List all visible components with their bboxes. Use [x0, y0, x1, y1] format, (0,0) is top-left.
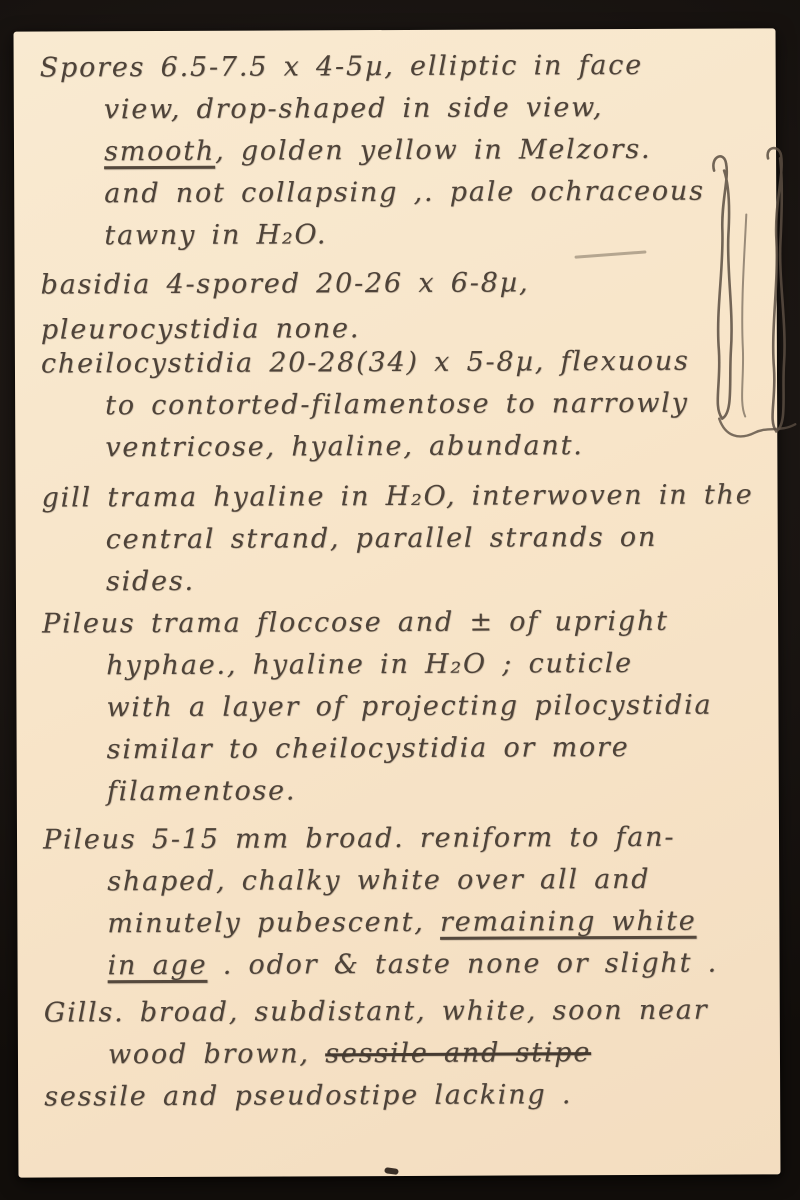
note-segment: gill trama hyaline in H₂O, interwoven in… [41, 479, 753, 513]
note-segment: tawny in H₂O. [104, 219, 327, 251]
note-paragraph: Pileus trama floccose and ± of uprighthy… [42, 600, 769, 813]
note-line: minutely pubescent, remaining white [43, 900, 769, 945]
note-line: cheilocystidia 20-28(34) x 5-8µ, flexuou… [41, 340, 767, 385]
note-line: tawny in H₂O. [40, 212, 766, 257]
note-line: filamentose. [43, 768, 769, 813]
note-line: ventricose, hyaline, abundant. [41, 424, 767, 469]
note-line: Pileus 5-15 mm broad. reniform to fan- [43, 816, 769, 861]
note-segment: cheilocystidia 20-28(34) x 5-8µ, flexuou… [41, 346, 690, 380]
note-line: with a layer of projecting pilocystidia [42, 684, 768, 729]
note-segment: to contorted-filamentose to narrowly [105, 388, 689, 422]
note-line: in age . odor & taste none or slight . [43, 942, 769, 987]
note-segment: Gills. broad, subdistant, white, soon ne… [44, 995, 709, 1029]
note-segment: Pileus trama floccose and ± of upright [42, 606, 669, 640]
note-segment: . odor & taste none or slight . [207, 948, 718, 981]
note-segment: view, drop-shaped in side view, [104, 92, 604, 125]
bottom-edge-smudge [384, 1167, 399, 1175]
note-segment: filamentose. [107, 775, 297, 807]
note-segment: ventricose, hyaline, abundant. [105, 430, 583, 463]
note-paragraph: gill trama hyaline in H₂O, interwoven in… [41, 474, 768, 603]
note-segment: with a layer of projecting pilocystidia [106, 690, 712, 724]
note-segment: shaped, chalky white over all and [107, 864, 650, 897]
note-segment: remaining white [440, 906, 697, 938]
note-segment: similar to cheilocystidia or more [107, 732, 630, 765]
note-line: Spores 6.5-7.5 x 4-5µ, elliptic in face [40, 44, 766, 89]
note-line: sessile and pseudostipe lacking . [44, 1073, 770, 1118]
note-paragraph: Pileus 5-15 mm broad. reniform to fan-sh… [43, 816, 770, 987]
note-line: smooth, golden yellow in Melzors. [40, 128, 766, 173]
note-segment: Pileus 5-15 mm broad. reniform to fan- [43, 822, 675, 856]
note-paragraph: Spores 6.5-7.5 x 4-5µ, elliptic in facev… [40, 44, 767, 257]
note-segment: sessile and pseudostipe lacking . [44, 1079, 572, 1112]
note-segment: sessile and stipe [325, 1037, 591, 1069]
note-line: view, drop-shaped in side view, [40, 86, 766, 131]
note-segment: central strand, parallel strands on [106, 522, 658, 555]
note-segment: and not collapsing ,. pale ochraceous [104, 176, 705, 210]
note-line: similar to cheilocystidia or more [43, 726, 769, 771]
note-paragraph: Gills. broad, subdistant, white, soon ne… [44, 989, 770, 1076]
note-line: central strand, parallel strands on [42, 516, 768, 561]
note-line: basidia 4-spored 20-26 x 6-8µ, [41, 261, 767, 306]
note-segment: smooth [104, 136, 215, 167]
note-segment: in age [108, 950, 208, 981]
note-segment: basidia 4-spored 20-26 x 6-8µ, [41, 267, 530, 300]
note-segment: , golden yellow in Melzors. [215, 134, 651, 167]
note-segment: pleurocystidia none. [41, 313, 360, 345]
note-segment: hyphae., hyaline in H₂O ; cuticle [106, 648, 633, 681]
note-line: Pileus trama floccose and ± of upright [42, 600, 768, 645]
note-line: shaped, chalky white over all and [43, 858, 769, 903]
note-line: Gills. broad, subdistant, white, soon ne… [44, 989, 770, 1034]
note-line: hyphae., hyaline in H₂O ; cuticle [42, 642, 768, 687]
note-paragraph: cheilocystidia 20-28(34) x 5-8µ, flexuou… [41, 340, 768, 469]
note-segment: minutely pubescent, [107, 907, 440, 939]
note-line: wood brown, sessile and stipe [44, 1031, 770, 1076]
index-card: Spores 6.5-7.5 x 4-5µ, elliptic in facev… [14, 28, 781, 1177]
note-paragraph: sessile and pseudostipe lacking . [44, 1073, 770, 1118]
note-line: and not collapsing ,. pale ochraceous [40, 170, 766, 215]
note-line: gill trama hyaline in H₂O, interwoven in… [41, 474, 767, 519]
note-segment: wood brown, [108, 1038, 325, 1070]
handwritten-note: Spores 6.5-7.5 x 4-5µ, elliptic in facev… [40, 44, 771, 1118]
note-paragraph: basidia 4-spored 20-26 x 6-8µ, [41, 261, 767, 306]
note-line: sides. [42, 558, 768, 603]
note-line: to contorted-filamentose to narrowly [41, 382, 767, 427]
note-segment: sides. [106, 566, 195, 597]
note-segment: Spores 6.5-7.5 x 4-5µ, elliptic in face [40, 50, 643, 84]
